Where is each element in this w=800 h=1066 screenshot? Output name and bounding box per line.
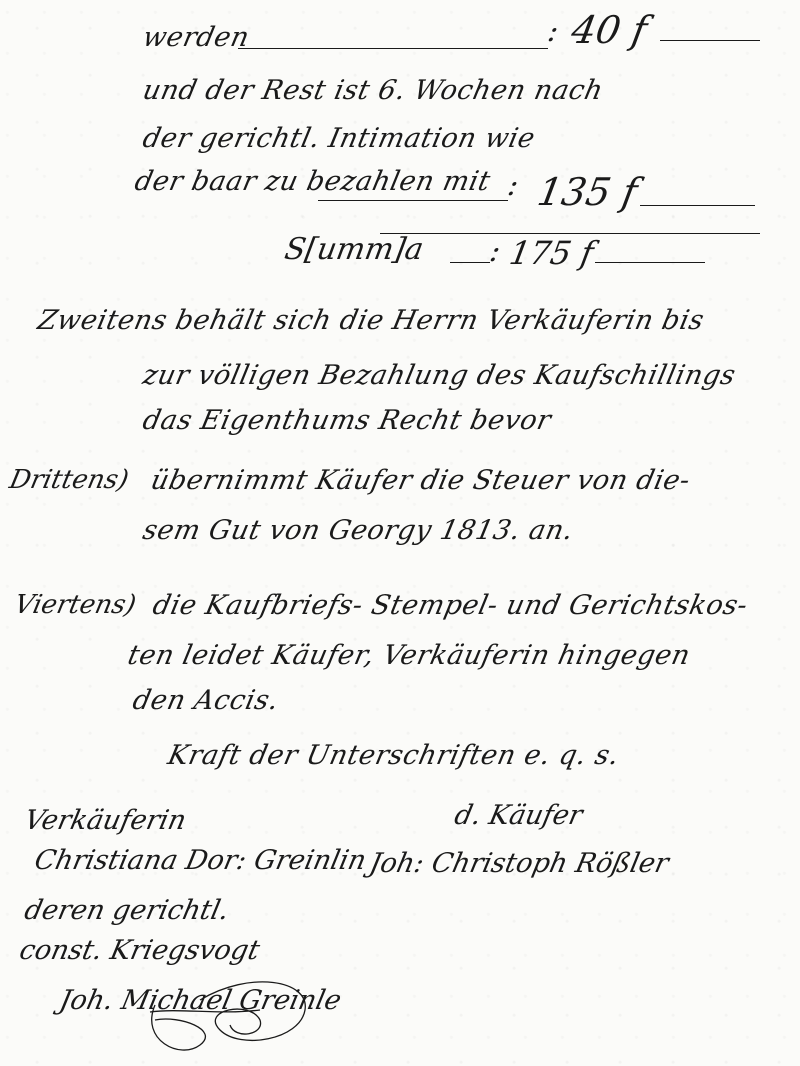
ledger-rule — [640, 205, 755, 206]
buyer-signature: Joh: Christoph Rößler — [367, 848, 672, 879]
ledger-line-1-text: werden — [140, 22, 252, 53]
seller-label: Verkäuferin — [22, 805, 189, 836]
ledger-rule — [595, 262, 705, 263]
buyer-label: d. Käufer — [452, 800, 586, 831]
paragraph-2-line-2: zur völligen Bezahlung des Kaufschilling… — [140, 360, 738, 391]
ledger-line-2-text: und der Rest ist 6. Wochen nach — [140, 75, 606, 106]
paragraph-4-line-3: den Accis. — [130, 685, 282, 716]
ledger-line-4-amount: 135 f — [534, 170, 640, 214]
paragraph-3-margin: Drittens) — [7, 465, 131, 495]
ledger-line-3-text: der gerichtl. Intimation wie — [140, 123, 538, 154]
ledger-rule — [318, 200, 508, 201]
total-colon: : — [487, 234, 503, 269]
closing-line: Kraft der Unterschriften e. q. s. — [165, 740, 622, 771]
document-page: werden : 40 f und der Rest ist 6. Wochen… — [0, 0, 800, 1066]
ledger-line-1-amount: 40 f — [568, 8, 650, 52]
witness-line-1: deren gerichtl. — [22, 895, 232, 926]
ledger-rule — [238, 48, 548, 49]
paragraph-4-margin: Viertens) — [12, 590, 139, 620]
ledger-line-1-colon: : — [545, 14, 561, 49]
ledger-rule — [450, 262, 490, 263]
paragraph-2-line-1: Zweitens behält sich die Herrn Verkäufer… — [35, 305, 707, 336]
paragraph-2-line-3: das Eigenthums Recht bevor — [140, 405, 554, 436]
ledger-line-4-text: der baar zu bezahlen mit — [132, 166, 493, 197]
paragraph-3-line-1: übernimmt Käufer die Steuer von die- — [148, 465, 693, 496]
ledger-line-4-colon: : — [505, 168, 521, 203]
signature-flourish-icon — [140, 960, 320, 1066]
paragraph-4-line-1: die Kaufbriefs- Stempel- und Gerichtskos… — [150, 590, 751, 621]
paragraph-3-line-2: sem Gut von Georgy 1813. an. — [140, 515, 576, 546]
total-amount: 175 f — [507, 234, 597, 272]
total-label: Ѕ[umm]a — [282, 232, 426, 267]
seller-signature: Christiana Dor: Greinlin — [32, 845, 369, 876]
ledger-rule — [660, 40, 760, 41]
paragraph-4-line-2: ten leidet Käufer, Verkäuferin hingegen — [125, 640, 693, 671]
